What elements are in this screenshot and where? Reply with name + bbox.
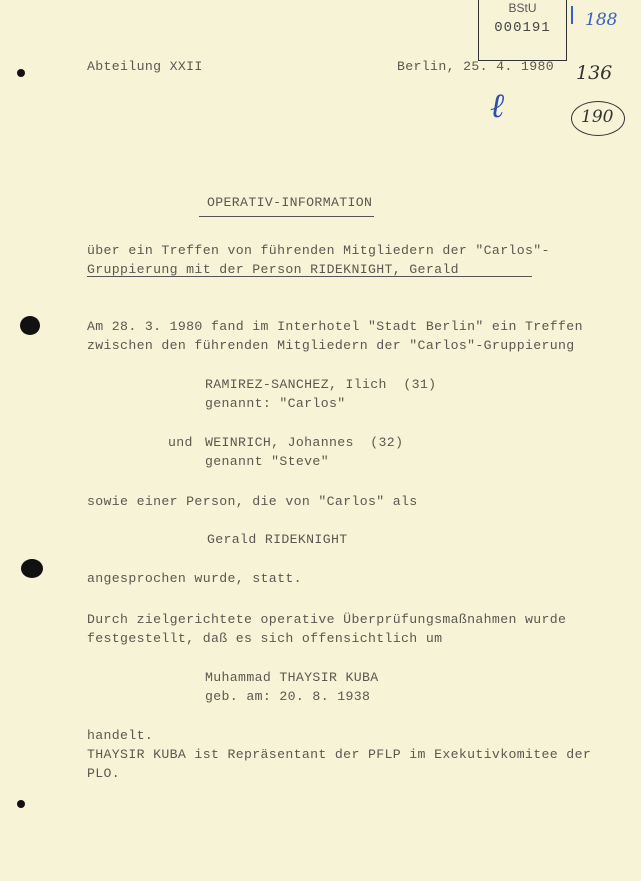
person-1-alias: genannt: "Carlos": [205, 395, 345, 413]
punch-hole: [17, 69, 25, 77]
punch-hole: [20, 316, 40, 335]
paragraph-5: handelt.: [87, 727, 153, 745]
handwritten-folio-number: 136: [576, 62, 612, 84]
person-3-name: Gerald RIDEKNIGHT: [207, 531, 347, 549]
person-4-name: Muhammad THAYSIR KUBA: [205, 669, 379, 687]
paragraph-6-line-2: PLO.: [87, 765, 120, 783]
punch-hole: [21, 559, 43, 578]
paragraph-1-line-2: zwischen den führenden Mitgliedern der "…: [87, 337, 575, 355]
handwritten-mark: [571, 6, 573, 24]
archive-stamp: BStU 000191: [478, 0, 567, 61]
subject-line-1: über ein Treffen von führenden Mitgliede…: [87, 242, 550, 260]
stamp-label: BStU: [479, 1, 566, 15]
connector-und: und: [168, 434, 193, 452]
handwritten-page-number: 188: [585, 10, 617, 30]
paragraph-6-line-1: THAYSIR KUBA ist Repräsentant der PFLP i…: [87, 746, 591, 764]
person-4-birthdate: geb. am: 20. 8. 1938: [205, 688, 370, 706]
handwritten-initial: ℓ: [490, 86, 504, 126]
person-1-name: RAMIREZ-SANCHEZ, Ilich (31): [205, 376, 436, 394]
paragraph-4-line-2: festgestellt, daß es sich offensichtlich…: [87, 630, 442, 648]
title-underline: [199, 216, 374, 217]
paragraph-1-line-1: Am 28. 3. 1980 fand im Interhotel "Stadt…: [87, 318, 583, 336]
handwritten-circled-number: 190: [581, 107, 613, 127]
paragraph-4-line-1: Durch zielgerichtete operative Überprüfu…: [87, 611, 566, 629]
punch-hole: [17, 800, 25, 808]
department: Abteilung XXII: [87, 58, 203, 76]
stamp-number: 000191: [479, 20, 566, 36]
subject-underline: [87, 276, 532, 277]
paragraph-2: sowie einer Person, die von "Carlos" als: [87, 493, 418, 511]
place-date: Berlin, 25. 4. 1980: [397, 58, 554, 76]
person-2-name: WEINRICH, Johannes (32): [205, 434, 403, 452]
document-title: OPERATIV-INFORMATION: [207, 194, 372, 212]
paragraph-3: angesprochen wurde, statt.: [87, 570, 302, 588]
person-2-alias: genannt "Steve": [205, 453, 329, 471]
